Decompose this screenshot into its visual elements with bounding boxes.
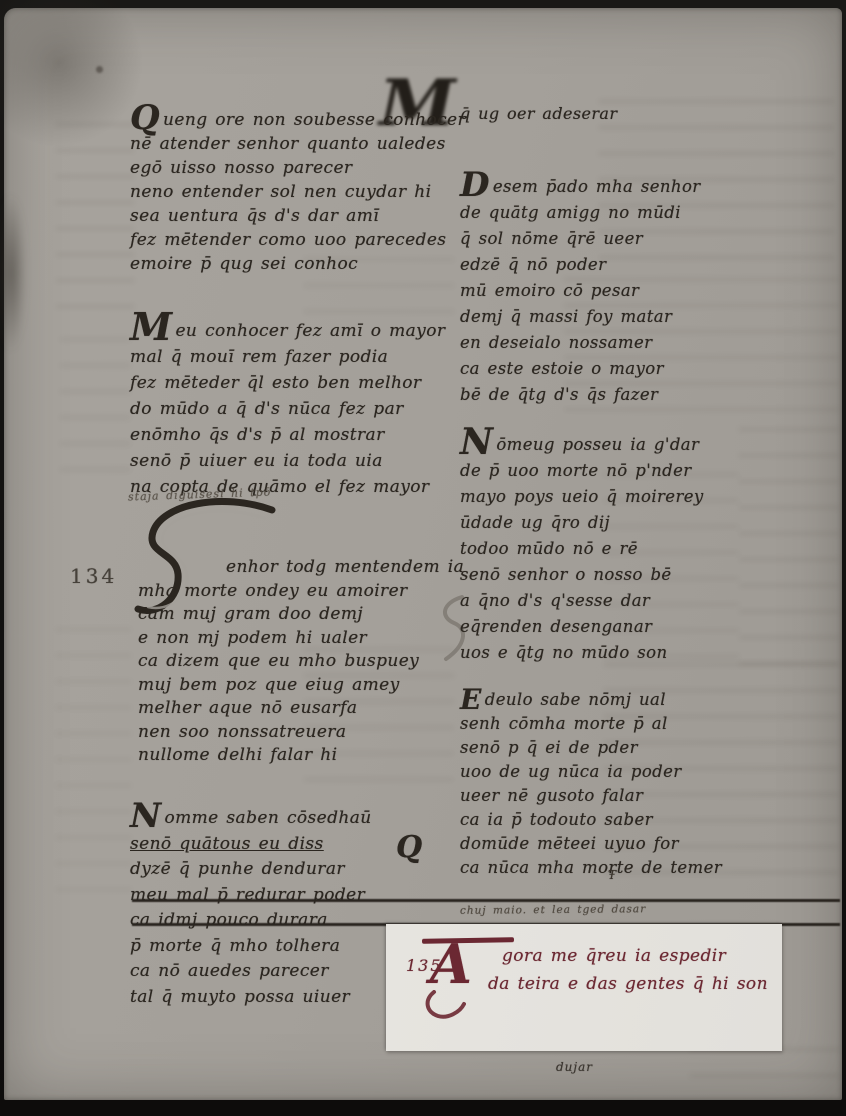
verse-line: eq̄renden desenganar	[460, 614, 704, 640]
bleedthrough-text	[739, 428, 839, 678]
verse-line: meu mal p̄ redurar poder	[130, 883, 372, 909]
verse-line: bē de q̄tg d's q̄s fazer	[460, 382, 701, 408]
overflow-line: q̄ ug oer adeserar	[460, 104, 617, 123]
verse-line: ca idmj pouco durara	[130, 908, 372, 934]
paper-slip: 135 A gora me q̄reu ia espedir da teira …	[386, 924, 782, 1051]
verse-line: eu conhocer fez amī o mayor	[175, 321, 445, 341]
verse-line: ōmeug posseu ia g'dar	[496, 435, 699, 454]
verse-line: muj bem poz que eiug amey	[138, 674, 464, 698]
verse-line: de quātg amigg no mūdi	[460, 200, 701, 226]
verse-line: nē atender senhor quanto ualedes	[130, 132, 466, 156]
verse-line: ca nūca mha morte de temer	[460, 856, 722, 880]
verse-line: senh cōmha morte p̄ al	[460, 712, 722, 736]
bleedthrough-text	[690, 1048, 840, 1093]
left-stanza-4: Nomme saben cōsedhaū senō quātous eu dis…	[130, 806, 372, 1010]
edge-smudge	[0, 193, 26, 353]
verse-line: edzē q̄ nō poder	[460, 252, 701, 278]
right-stanza-1: Desem p̄ado mha senhor de quātg amigg no…	[460, 174, 701, 408]
verse-line: ueer nē gusoto falar	[460, 784, 722, 808]
verse-line: do mūdo a q̄ d's nūca fez par	[130, 396, 445, 422]
correction-mark: Ŧ	[608, 868, 616, 882]
initial-letter-N: N	[460, 421, 493, 463]
verse-line: melher aque nō eusarfa	[138, 697, 464, 721]
verse-line: nullome delhi falar hi	[138, 744, 464, 768]
catchword: dujar	[556, 1060, 593, 1074]
rule-line	[132, 899, 840, 902]
verse-line: ca este estoie o mayor	[460, 356, 701, 382]
verse-line: a q̄no d's q'sesse dar	[460, 588, 704, 614]
verse-line: en deseialo nossamer	[460, 330, 701, 356]
verse-line: esem p̄ado mha senhor	[493, 177, 701, 196]
rubric-initial-A: A	[430, 932, 472, 996]
verse-line: sea uentura q̄s d's dar amī	[130, 204, 466, 228]
manuscript-page: M 134 Queng ore non soubesse conhocer nē…	[4, 8, 842, 1100]
right-stanza-2: Nōmeug posseu ia g'dar de p̄ uoo morte n…	[460, 432, 704, 666]
verse-line: enhor todg mentendem ia	[138, 556, 464, 580]
verse-line: ueng ore non soubesse conhocer	[163, 110, 466, 130]
ink-speck	[96, 66, 103, 73]
verse-line: fez mēteder q̄l esto ben melhor	[130, 370, 445, 396]
scribal-note: chuj maio. et lea tged dasar	[460, 903, 646, 917]
verse-line: enōmho q̄s d's p̄ al mostrar	[130, 422, 445, 448]
verse-line: fez mētender como uoo parecedes	[130, 228, 466, 252]
verse-line: mū emoiro cō pesar	[460, 278, 701, 304]
verse-line: egō uisso nosso parecer	[130, 156, 466, 180]
verse-line-underlined: senō quātous eu diss	[130, 832, 372, 858]
bleedthrough-text	[56, 628, 131, 908]
verse-line: demj q̄ massi foy matar	[460, 304, 701, 330]
initial-letter-M: M	[130, 304, 172, 349]
verse-line: dyzē q̄ punhe dendurar	[130, 857, 372, 883]
verse-line: q̄ sol nōme q̄rē ueer	[460, 226, 701, 252]
verse-line: omme saben cōsedhaū	[164, 808, 371, 828]
rubric-initial-tail	[420, 990, 466, 1020]
verse-line: ca ia p̄ todouto saber	[460, 808, 722, 832]
rubric-verse-line: gora me q̄reu ia espedir	[502, 946, 726, 966]
verse-line: ca dizem que eu mho buspuey	[138, 650, 464, 674]
verse-line: nen soo nonssatreuera	[138, 721, 464, 745]
verse-line: neno entender sol nen cuydar hi	[130, 180, 466, 204]
verse-line: domūde mēteei uyuo for	[460, 832, 722, 856]
verse-line: p̄ morte q̄ mho tolhera	[130, 934, 372, 960]
folio-number: 134	[70, 564, 117, 588]
photo-frame: M 134 Queng ore non soubesse conhocer nē…	[0, 0, 846, 1116]
verse-line: mal q̄ mouī rem fazer podia	[130, 344, 445, 370]
verse-line: ūdade ug q̄ro dij	[460, 510, 704, 536]
verse-line: deulo sabe nōmj ual	[485, 690, 666, 709]
rubric-verse-line: da teira e das gentes q̄ hi son	[488, 974, 768, 994]
verse-line: senō p q̄ ei de pder	[460, 736, 722, 760]
left-stanza-3: enhor todg mentendem ia mha morte ondey …	[138, 556, 464, 768]
verse-line: tal q̄ muyto possa uiuer	[130, 985, 372, 1011]
right-stanza-3: Edeulo sabe nōmj ual senh cōmha morte p̄…	[460, 688, 722, 880]
initial-letter-D: D	[460, 165, 490, 205]
left-stanza-1: Queng ore non soubesse conhocer nē atend…	[130, 108, 466, 276]
verse-line: todoo mūdo nō e rē	[460, 536, 704, 562]
verse-line: ca nō auedes parecer	[130, 959, 372, 985]
verse-line: mha morte ondey eu amoirer	[138, 580, 464, 604]
verse-line: uos e q̄tg no mūdo son	[460, 640, 704, 666]
bleedthrough-text	[60, 338, 130, 488]
left-stanza-2: Meu conhocer fez amī o mayor mal q̄ mouī…	[130, 318, 445, 500]
verse-line: e non mj podem hi ualer	[138, 627, 464, 651]
bleedthrough-text	[56, 123, 134, 313]
margin-letter-Q: Q	[396, 830, 423, 865]
verse-line: mayo poys ueio q̄ moirerey	[460, 484, 704, 510]
initial-letter-N: N	[130, 796, 161, 836]
verse-line: de p̄ uoo morte nō p'nder	[460, 458, 704, 484]
verse-line: senō senhor o nosso bē	[460, 562, 704, 588]
verse-line: cam muj gram doo demj	[138, 603, 464, 627]
verse-line: emoire p̄ qug sei conhoc	[130, 252, 466, 276]
verse-line: senō p̄ uiuer eu ia toda uia	[130, 448, 445, 474]
verse-line: uoo de ug nūca ia poder	[460, 760, 722, 784]
